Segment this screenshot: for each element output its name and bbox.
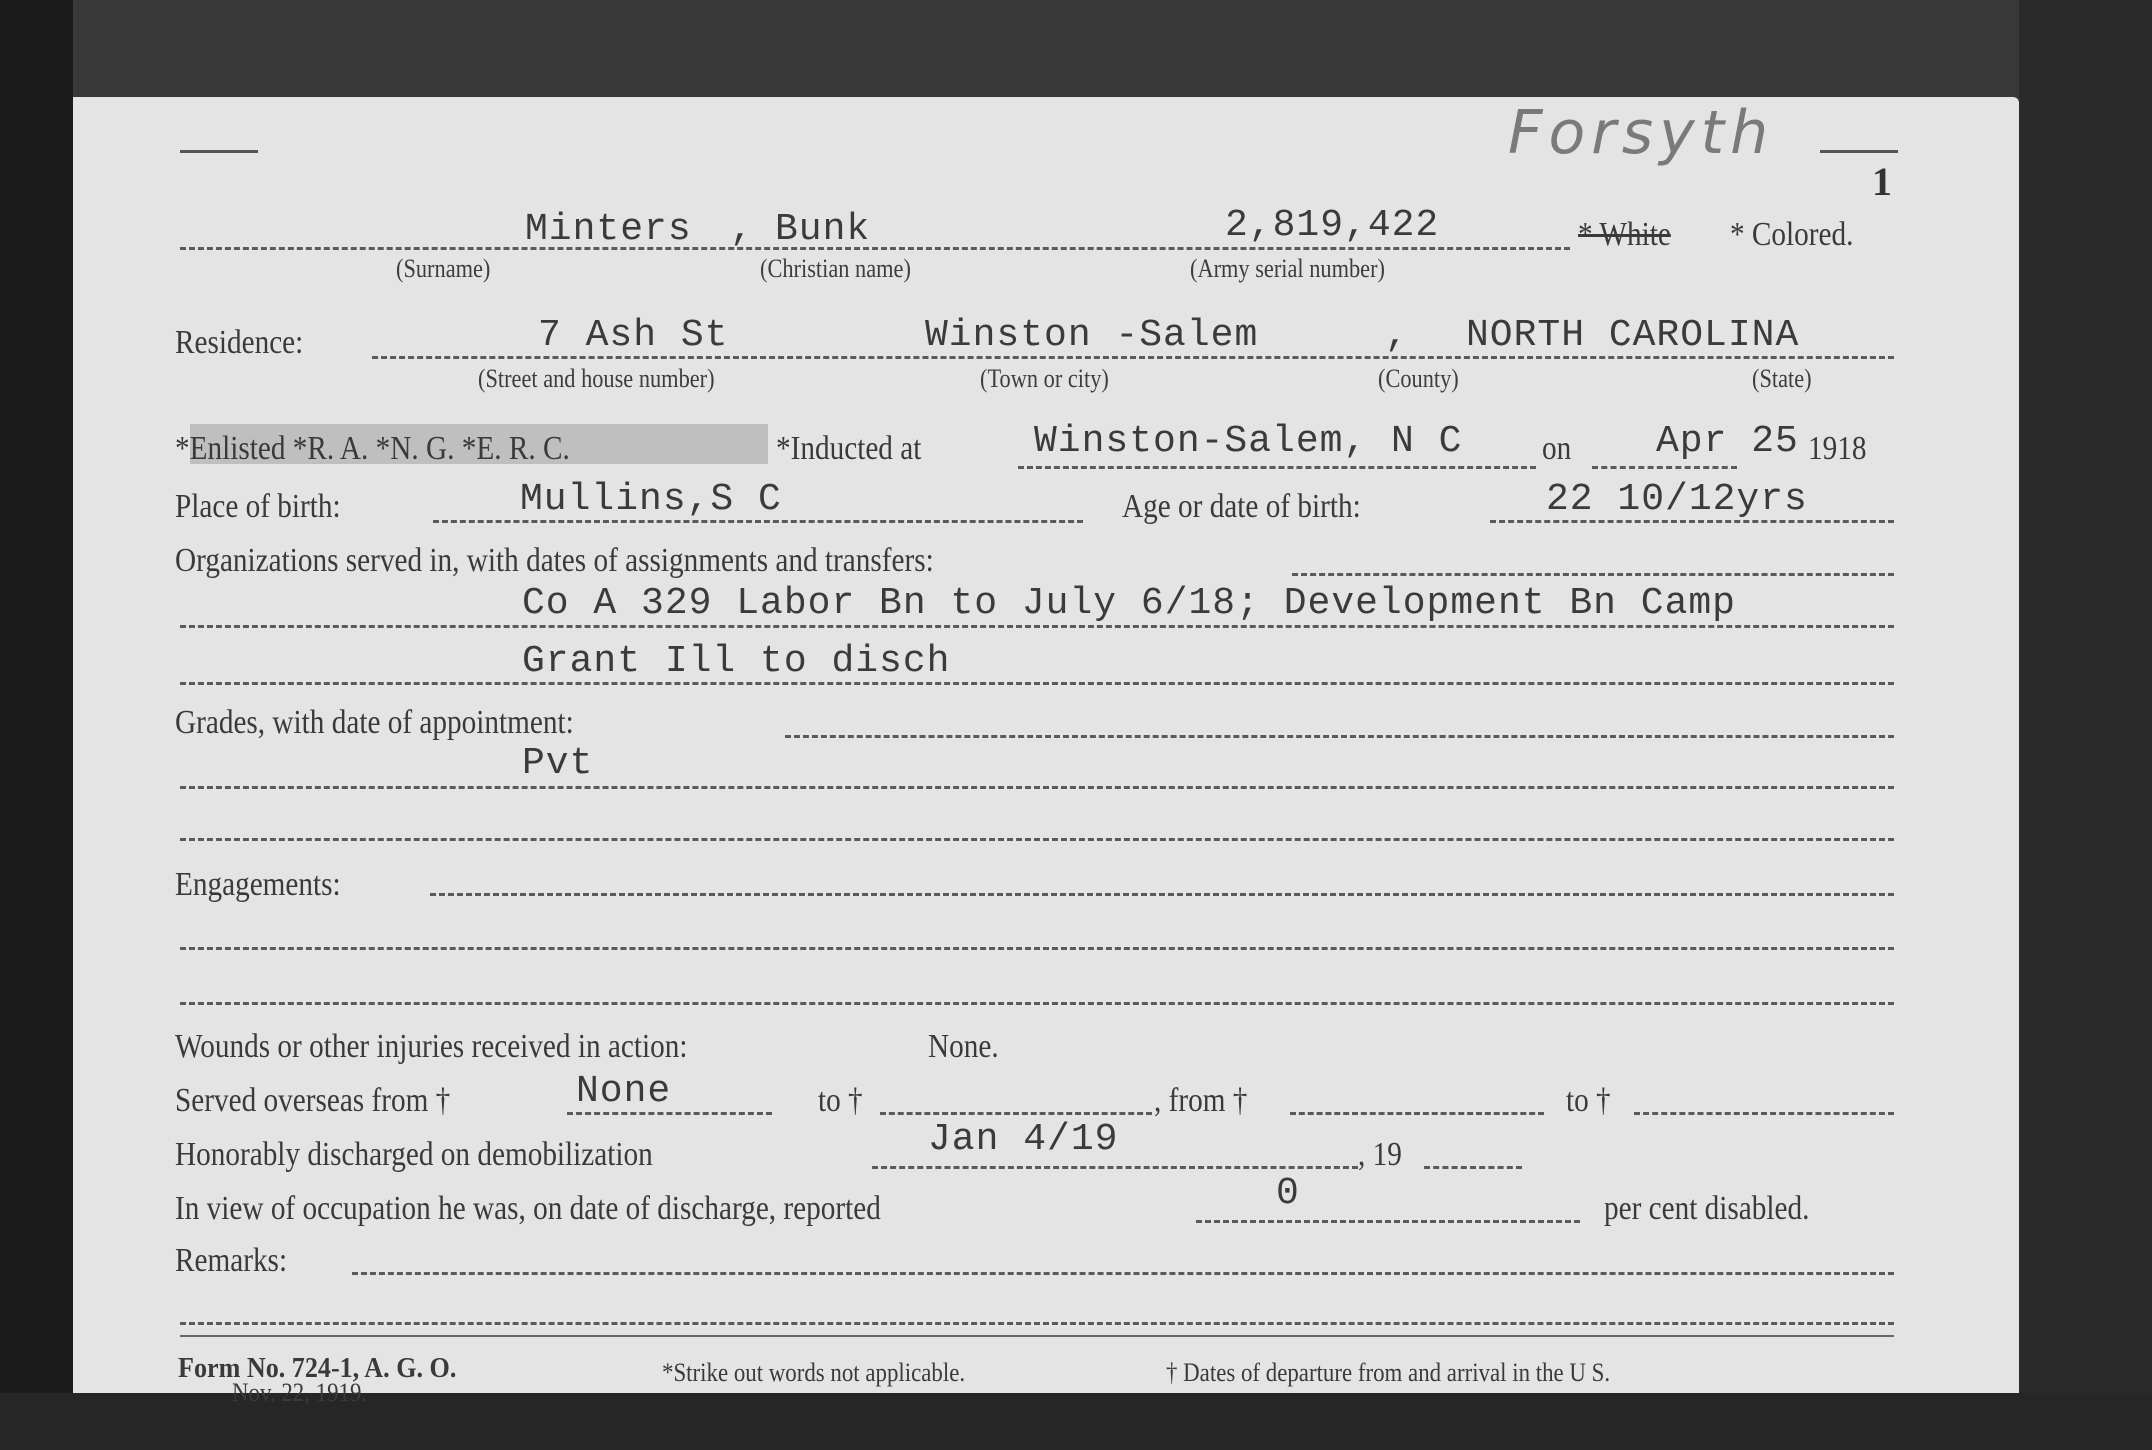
residence-county-separator: , bbox=[1385, 314, 1409, 357]
discharge-year-line bbox=[1424, 1166, 1522, 1169]
overseas-to-line bbox=[880, 1112, 1152, 1115]
engagements-line-1 bbox=[430, 893, 1894, 896]
disability-value: 0 bbox=[1276, 1172, 1300, 1215]
serial-caption: (Army serial number) bbox=[1190, 254, 1385, 284]
residence-town: Winston -Salem bbox=[925, 314, 1258, 357]
remarks-line-2 bbox=[180, 1322, 1894, 1325]
residence-label: Residence: bbox=[175, 324, 303, 362]
wounds-label: Wounds or other injuries received in act… bbox=[175, 1028, 687, 1066]
overseas-from-value: None bbox=[576, 1070, 671, 1113]
surname-value: Minters bbox=[525, 208, 692, 251]
engagements-line-3 bbox=[180, 1002, 1894, 1005]
induction-date-line bbox=[1592, 466, 1737, 469]
engagements-label: Engagements: bbox=[175, 866, 341, 904]
grades-label: Grades, with date of appointment: bbox=[175, 704, 574, 742]
top-left-mark bbox=[180, 150, 258, 153]
card-number-bar bbox=[1820, 150, 1898, 153]
age-value: 22 10/12yrs bbox=[1546, 478, 1808, 521]
on-label: on bbox=[1542, 430, 1571, 468]
state-caption: (State) bbox=[1752, 364, 1812, 394]
disability-line bbox=[1196, 1220, 1580, 1223]
serial-number-value: 2,819,422 bbox=[1225, 204, 1439, 247]
overseas-to-label: to † bbox=[818, 1082, 863, 1120]
county-caption: (County) bbox=[1378, 364, 1459, 394]
scan-border-left bbox=[0, 0, 73, 1450]
name-line bbox=[180, 247, 1570, 250]
scan-border-right bbox=[2019, 0, 2152, 1450]
card-number: 1 bbox=[1872, 158, 1892, 205]
disability-suffix: per cent disabled. bbox=[1604, 1190, 1809, 1228]
age-label: Age or date of birth: bbox=[1122, 488, 1361, 526]
remarks-line-1 bbox=[352, 1272, 1894, 1275]
overseas-from-label: Served overseas from † bbox=[175, 1082, 450, 1120]
organizations-label-line bbox=[1292, 573, 1894, 576]
discharge-date-line bbox=[872, 1166, 1358, 1169]
enlistment-options: *Enlisted *R. A. *N. G. *E. R. C. bbox=[175, 430, 570, 468]
place-of-birth-label: Place of birth: bbox=[175, 488, 341, 526]
inducted-at-label: *Inducted at bbox=[776, 430, 921, 468]
overseas-to2-line bbox=[1634, 1112, 1894, 1115]
place-of-birth-value: Mullins,S C bbox=[520, 478, 782, 521]
induction-year: 1918 bbox=[1808, 430, 1866, 468]
footer-divider bbox=[180, 1335, 1894, 1337]
race-option-colored: * Colored. bbox=[1730, 216, 1853, 254]
handwritten-county: Forsyth bbox=[1508, 98, 1774, 168]
disability-label: In view of occupation he was, on date of… bbox=[175, 1190, 881, 1228]
overseas-from2-label: , from † bbox=[1154, 1082, 1247, 1120]
christian-name-value: Bunk bbox=[775, 208, 870, 251]
organizations-label: Organizations served in, with dates of a… bbox=[175, 542, 934, 580]
form-date: Nov. 22, 1919. bbox=[232, 1378, 367, 1408]
discharge-year-label: , 19 bbox=[1358, 1136, 1402, 1174]
organizations-line-2 bbox=[180, 682, 1894, 685]
remarks-label: Remarks: bbox=[175, 1242, 287, 1280]
surname-caption: (Surname) bbox=[396, 254, 490, 284]
grades-line-1 bbox=[180, 786, 1894, 789]
grades-line-2 bbox=[180, 838, 1894, 841]
wounds-value: None. bbox=[928, 1028, 999, 1066]
discharge-date: Jan 4/19 bbox=[928, 1118, 1118, 1161]
town-caption: (Town or city) bbox=[980, 364, 1109, 394]
overseas-from2-line bbox=[1290, 1112, 1544, 1115]
strike-note: *Strike out words not applicable. bbox=[662, 1358, 965, 1388]
residence-state: NORTH CAROLINA bbox=[1466, 314, 1799, 357]
grades-label-line bbox=[785, 735, 1894, 738]
engagements-line-2 bbox=[180, 947, 1894, 950]
inducted-at-value: Winston-Salem, N C bbox=[1034, 420, 1462, 463]
organizations-entry-2: Grant Ill to disch bbox=[522, 640, 950, 683]
christian-name-caption: (Christian name) bbox=[760, 254, 911, 284]
name-separator: , bbox=[730, 208, 754, 251]
inducted-at-line bbox=[1018, 466, 1536, 469]
organizations-entry-1: Co A 329 Labor Bn to July 6/18; Developm… bbox=[522, 582, 1736, 625]
grade-entry-1: Pvt bbox=[522, 742, 593, 785]
organizations-line-1 bbox=[180, 625, 1894, 628]
dagger-note: † Dates of departure from and arrival in… bbox=[1166, 1358, 1610, 1388]
discharge-label: Honorably discharged on demobilization bbox=[175, 1136, 653, 1174]
street-caption: (Street and house number) bbox=[478, 364, 715, 394]
overseas-to2-label: to † bbox=[1566, 1082, 1611, 1120]
induction-date: Apr 25 bbox=[1656, 420, 1799, 463]
race-option-white: * White bbox=[1578, 216, 1671, 254]
residence-street: 7 Ash St bbox=[538, 314, 728, 357]
